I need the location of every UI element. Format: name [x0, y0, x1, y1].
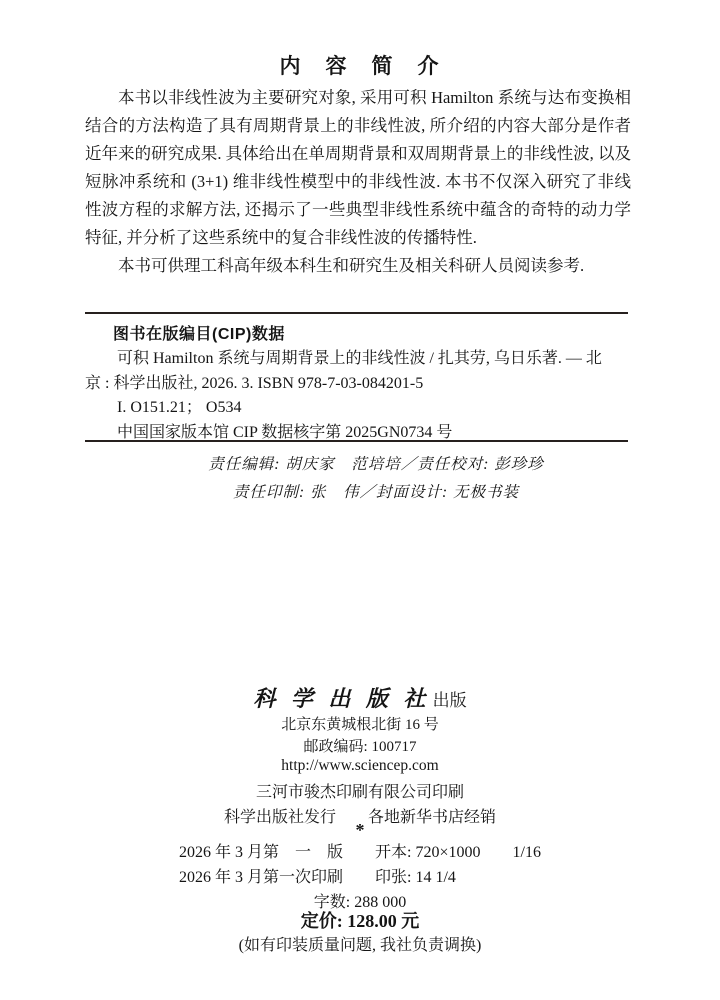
cip-publisher-line: 京 : 科学出版社, 2026. 3. ISBN 978-7-03-084201…	[85, 372, 633, 397]
print-design-line: 责任印制: 张 伟／封面设计: 无极书装	[16, 479, 720, 507]
asterisk-separator: *	[0, 820, 720, 841]
summary-paragraph-1: 本书以非线性波为主要研究对象, 采用可积 Hamilton 系统与达布变换相结合…	[85, 84, 631, 252]
publisher-imprint-line: 科 学 出 版 社 出版	[0, 682, 720, 713]
cip-title-line: 可积 Hamilton 系统与周期背景上的非线性波 / 扎其劳, 乌日乐著. —…	[85, 347, 633, 372]
page-title: 内 容 简 介	[0, 50, 720, 80]
divider-line-bottom	[85, 440, 628, 442]
divider-line-top	[85, 312, 628, 314]
book-summary: 本书以非线性波为主要研究对象, 采用可积 Hamilton 系统与达布变换相结合…	[85, 84, 631, 280]
summary-paragraph-2: 本书可供理工科高年级本科生和研究生及相关科研人员阅读参考.	[85, 252, 631, 280]
printer-line: 三河市骏杰印刷有限公司印刷	[0, 779, 720, 802]
publisher-suffix: 出版	[428, 691, 466, 710]
edition-line: 2026 年 3 月第 一 版 开本: 720×1000 1/16	[179, 841, 541, 866]
price: 定价: 128.00 元	[0, 907, 720, 933]
edition-info: 2026 年 3 月第 一 版 开本: 720×1000 1/16 2026 年…	[179, 841, 541, 890]
printing-line: 2026 年 3 月第一次印刷 印张: 14 1/4	[179, 866, 541, 891]
staff-credits: 责任编辑: 胡庆家 范培培／责任校对: 彭珍珍 责任印制: 张 伟／封面设计: …	[16, 451, 720, 507]
copyright-page: 内 容 简 介 本书以非线性波为主要研究对象, 采用可积 Hamilton 系统…	[0, 0, 720, 1000]
cip-data-block: 可积 Hamilton 系统与周期背景上的非线性波 / 扎其劳, 乌日乐著. —…	[85, 347, 633, 445]
cip-classification-line: I. O151.21； O534	[85, 396, 633, 421]
publisher-address: 北京东黄城根北街 16 号	[0, 713, 720, 734]
postal-code: 邮政编码: 100717	[0, 735, 720, 756]
publisher-website: http://www.sciencep.com	[0, 757, 720, 775]
edition-block: 2026 年 3 月第 一 版 开本: 720×1000 1/16 2026 年…	[0, 841, 720, 890]
publisher-logotype: 科 学 出 版 社	[253, 686, 428, 711]
editors-line: 责任编辑: 胡庆家 范培培／责任校对: 彭珍珍	[16, 451, 720, 479]
quality-notice: (如有印装质量问题, 我社负责调换)	[0, 932, 720, 955]
cip-heading: 图书在版编目(CIP)数据	[113, 321, 285, 344]
